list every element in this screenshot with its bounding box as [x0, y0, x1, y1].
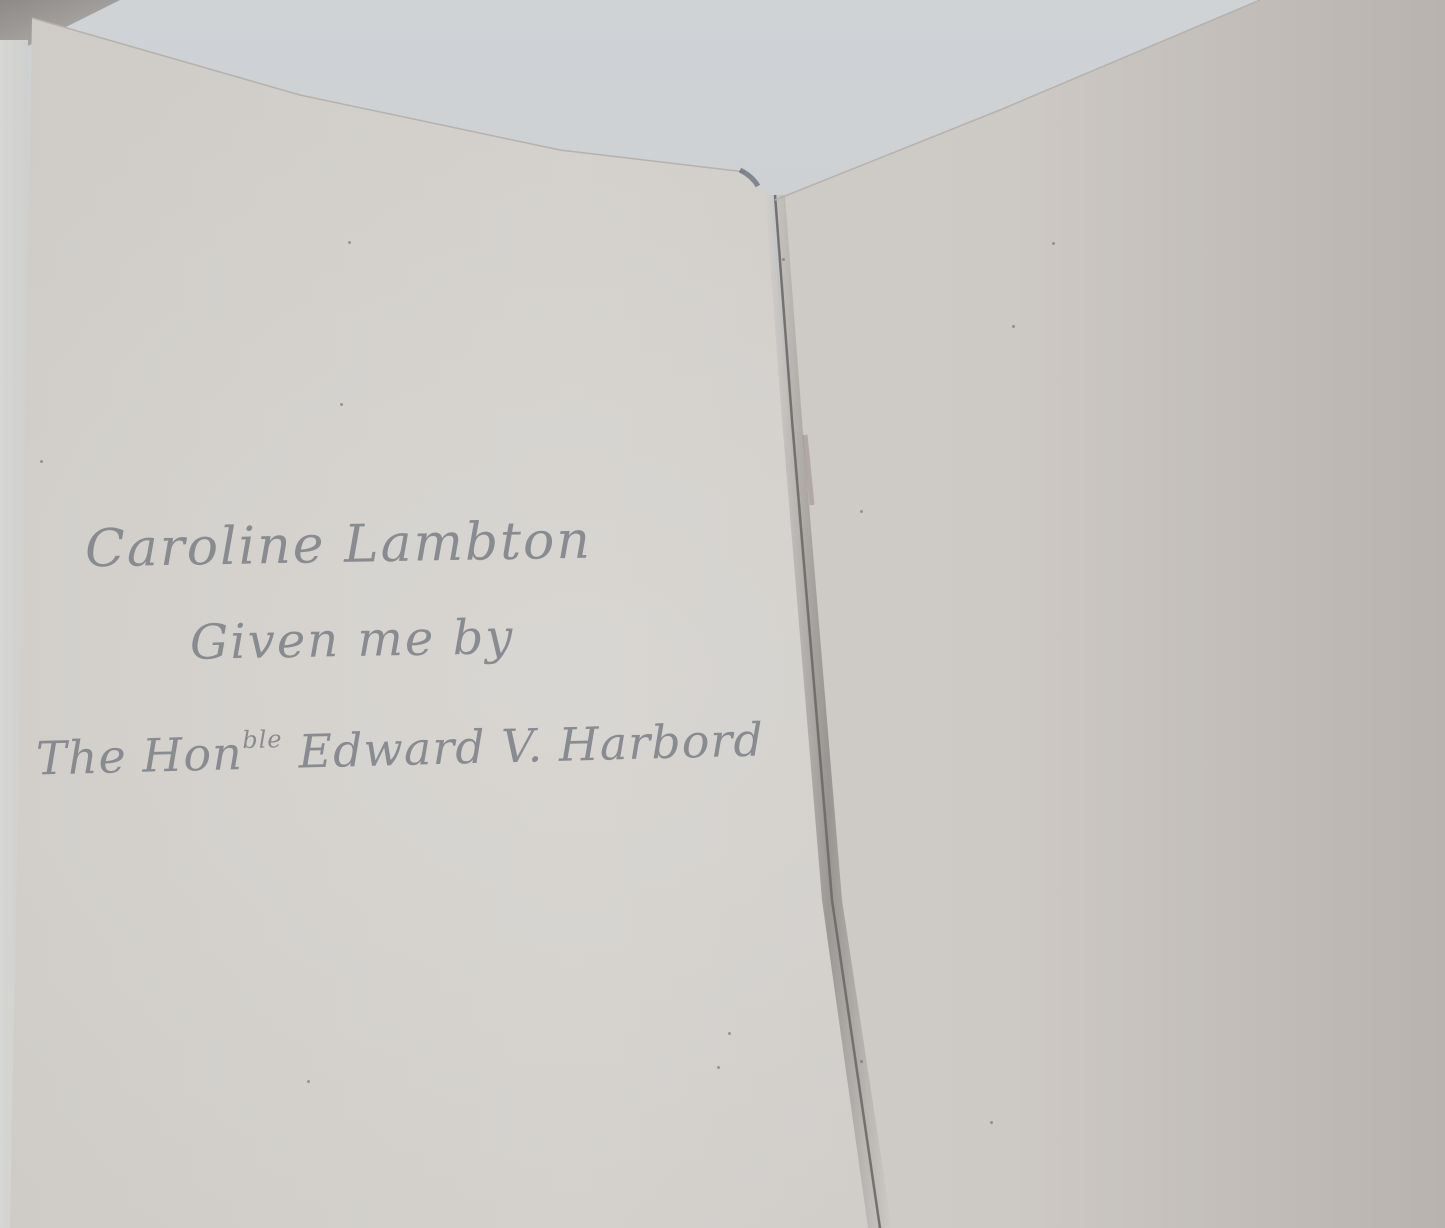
inscription-giver-superscript: ble — [242, 725, 283, 754]
paper-speck — [307, 1080, 310, 1083]
paper-speck — [782, 258, 785, 261]
book-photo: Caroline Lambton Given me by The Honble … — [0, 0, 1445, 1228]
paper-speck — [717, 1066, 720, 1069]
inscription-given-by: Given me by — [190, 609, 515, 671]
paper-speck — [860, 510, 863, 513]
paper-speck — [348, 241, 351, 244]
paper-speck — [728, 1032, 731, 1035]
paper-speck — [340, 403, 343, 406]
paper-speck — [40, 460, 43, 463]
paper-speck — [1012, 325, 1015, 328]
inscription-giver-prefix: The Hon — [35, 726, 243, 785]
paper-speck — [860, 1060, 863, 1063]
paper-speck — [990, 1121, 993, 1124]
inscription-name: Caroline Lambton — [85, 511, 593, 580]
paper-speck — [1052, 242, 1055, 245]
